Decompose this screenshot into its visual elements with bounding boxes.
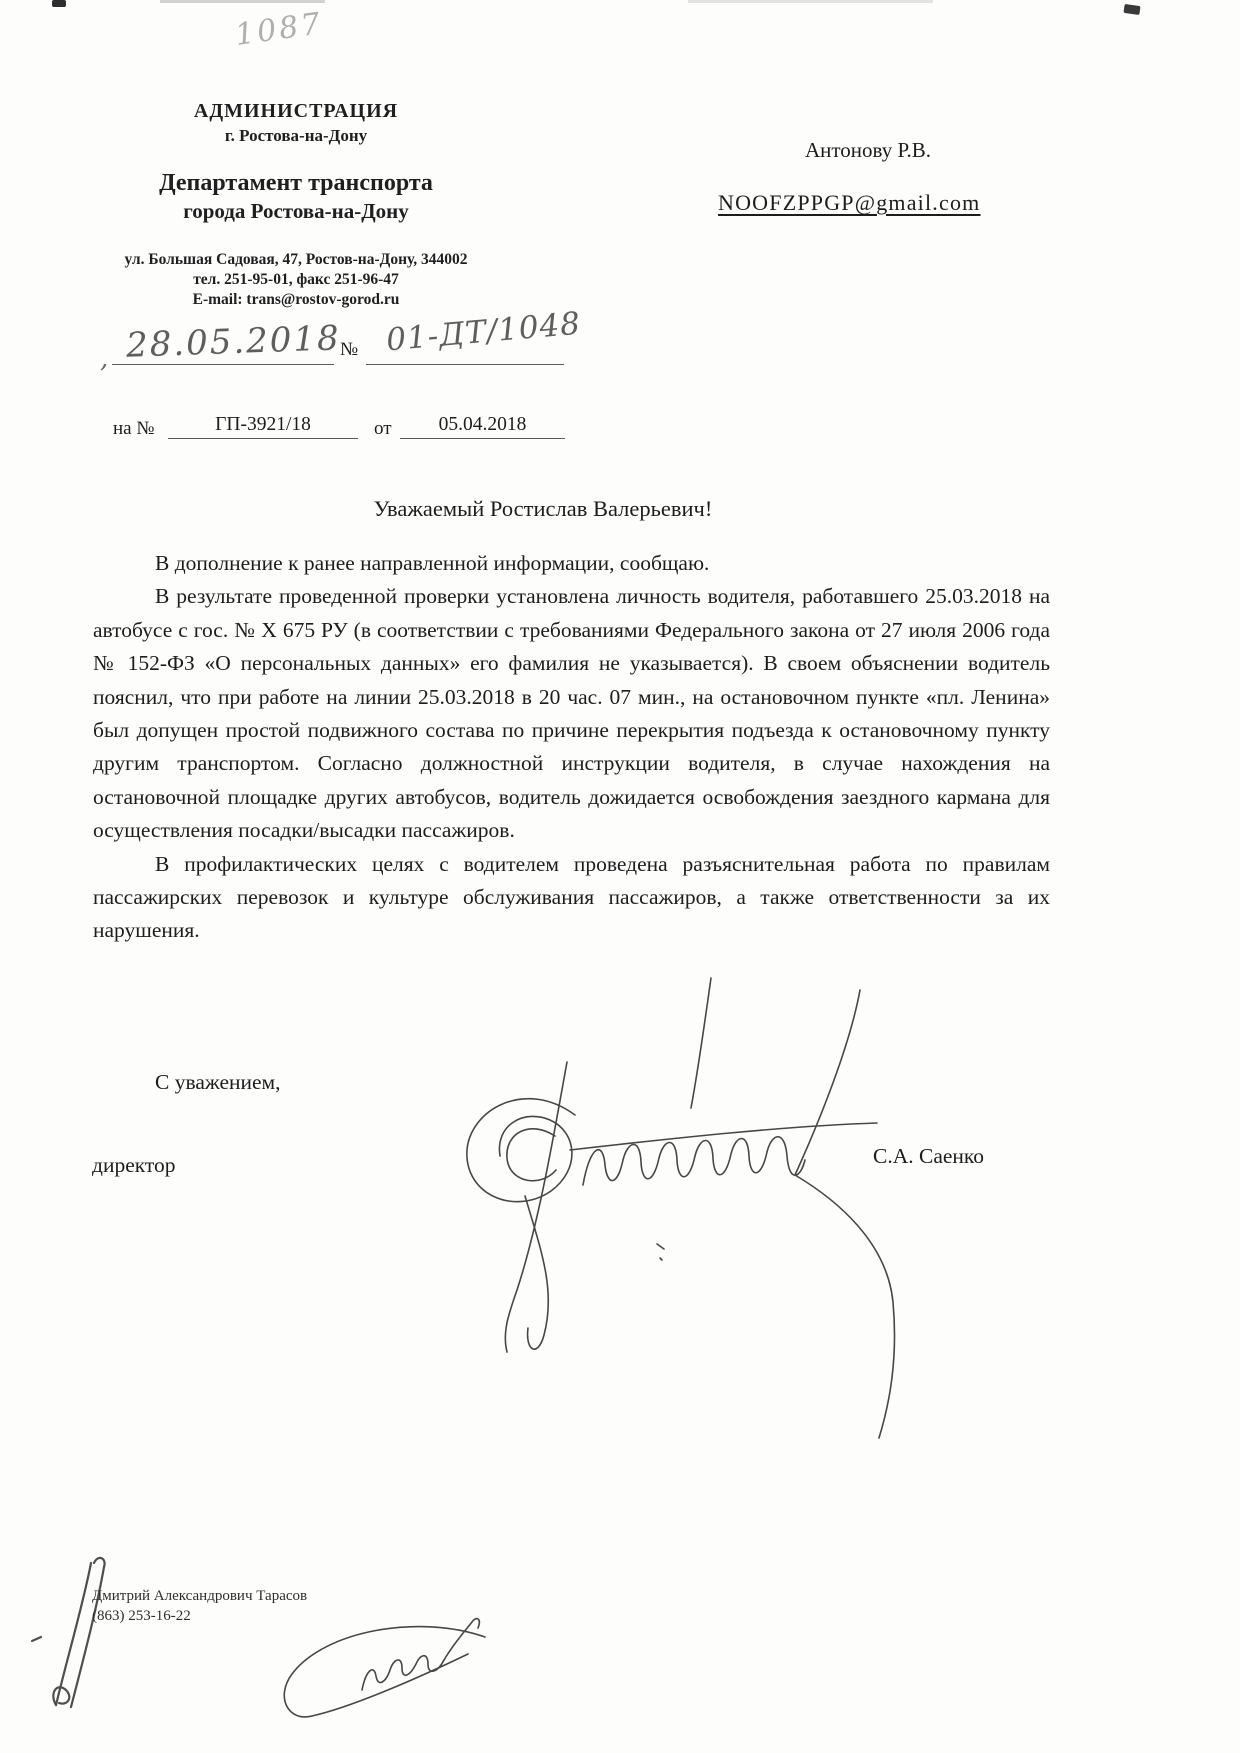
org-name-line2: г. Ростова-на-Дону <box>58 126 534 146</box>
stray-ink-mark: , <box>100 344 108 374</box>
closing-phrase: С уважением, <box>155 1070 281 1095</box>
scanned-letter-page: 1087 АДМИНИСТРАЦИЯ г. Ростова-на-Дону Де… <box>0 0 1240 1753</box>
executor-initials-mark <box>28 1545 123 1710</box>
addressee-email: NOOFZPPGP@gmail.com <box>718 190 1018 216</box>
signer-position: директор <box>92 1153 176 1178</box>
dept-name-line2: города Ростова-на-Дону <box>58 199 534 224</box>
number-sign-label: № <box>340 339 358 361</box>
addressee-block: Антонову Р.В. NOOFZPPGP@gmail.com <box>718 138 1018 216</box>
paragraph-3: В профилактических целях с водителем про… <box>93 848 1050 948</box>
reply-from-label: от <box>374 418 392 440</box>
director-signature <box>455 960 915 1450</box>
scan-smudge <box>52 0 66 7</box>
org-name-line1: АДМИНИСТРАЦИЯ <box>58 100 534 123</box>
handwritten-date: 28.05.2018 <box>125 318 341 365</box>
scan-smudge <box>160 0 325 3</box>
addressee-name: Антонову Р.В. <box>718 138 1018 163</box>
reply-prefix-label: на № <box>113 418 154 440</box>
executor-signature <box>270 1612 500 1742</box>
executor-name: Дмитрий Александрович Тарасов <box>92 1586 307 1606</box>
salutation: Уважаемый Ростислав Валерьевич! <box>93 496 993 522</box>
handwritten-page-number: 1087 <box>233 6 325 53</box>
org-address: ул. Большая Садовая, 47, Ростов-на-Дону,… <box>58 251 534 269</box>
dept-name-line1: Департамент транспорта <box>58 170 534 197</box>
letter-body: В дополнение к ранее направленной информ… <box>93 547 1050 948</box>
org-phone-fax: тел. 251-95-01, факс 251-96-47 <box>58 271 534 289</box>
reply-number: ГП-3921/18 <box>168 414 358 439</box>
paragraph-2: В результате проведенной проверки устано… <box>93 580 1050 847</box>
paragraph-1: В дополнение к ранее направленной информ… <box>93 547 1050 580</box>
org-email: E-mail: trans@rostov-gorod.ru <box>58 291 534 309</box>
letterhead: АДМИНИСТРАЦИЯ г. Ростова-на-Дону Департа… <box>58 100 534 309</box>
scan-smudge <box>688 0 933 3</box>
reply-date: 05.04.2018 <box>400 414 565 439</box>
scan-smudge <box>1123 4 1140 15</box>
